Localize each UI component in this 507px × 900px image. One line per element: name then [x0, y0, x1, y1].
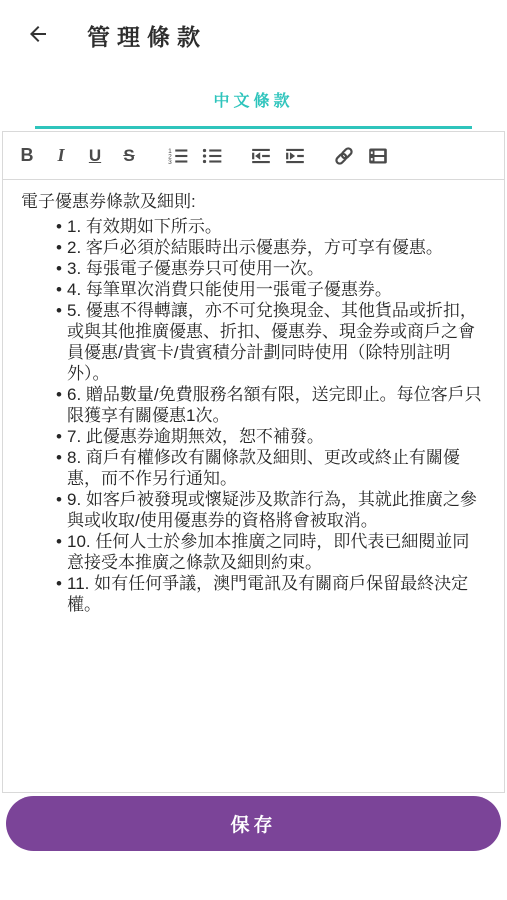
- header: 管理條款: [0, 0, 507, 50]
- bullet-list-button[interactable]: [200, 143, 224, 169]
- toolbar-list-group: 1 2 3: [166, 143, 224, 169]
- italic-button[interactable]: I: [49, 143, 73, 169]
- save-button[interactable]: 保存: [6, 796, 501, 851]
- indent-icon: [284, 145, 306, 167]
- terms-item-9: 9. 如客戶被發現或懷疑涉及欺詐行為，其就此推廣之參與或收取/使用優惠券的資格將…: [21, 489, 486, 531]
- terms-item-4: 4. 每筆單次消費只能使用一張電子優惠券。: [21, 279, 486, 300]
- ordered-list-button[interactable]: 1 2 3: [166, 143, 190, 169]
- svg-text:3: 3: [168, 158, 172, 165]
- toolbar-indent-group: [249, 143, 307, 169]
- terms-item-6: 6. 贈品數量/免費服務名額有限，送完即止。每位客戶只限獲享有關優惠1次。: [21, 384, 486, 426]
- back-button[interactable]: [25, 22, 51, 48]
- insert-link-button[interactable]: [332, 143, 356, 169]
- toolbar-format-group: B I U S: [15, 143, 141, 169]
- terms-item-5: 5. 優惠不得轉讓，亦不可兌換現金、其他貨品或折扣，或與其他推廣優惠、折扣、優惠…: [21, 300, 486, 384]
- bold-button[interactable]: B: [15, 143, 39, 169]
- terms-heading: 電子優惠券條款及細則:: [21, 191, 486, 212]
- tab-active-indicator: [35, 126, 472, 129]
- strikethrough-button[interactable]: S: [117, 143, 141, 169]
- arrow-left-icon: [26, 22, 50, 49]
- link-icon: [333, 145, 355, 167]
- toolbar-media-group: [332, 143, 390, 169]
- terms-item-2: 2. 客戶必須於結賬時出示優惠券，方可享有優惠。: [21, 237, 486, 258]
- terms-item-11: 11. 如有任何爭議，澳門電訊及有關商戶保留最終決定權。: [21, 573, 486, 615]
- page-title: 管理條款: [87, 19, 207, 52]
- outdent-button[interactable]: [249, 143, 273, 169]
- terms-item-3: 3. 每張電子優惠券只可使用一次。: [21, 258, 486, 279]
- ordered-list-icon: 1 2 3: [167, 145, 189, 167]
- indent-button[interactable]: [283, 143, 307, 169]
- bullet-list-icon: [201, 145, 223, 167]
- terms-item-7: 7. 此優惠券逾期無效，恕不補發。: [21, 426, 486, 447]
- editor-content[interactable]: 電子優惠券條款及細則: 1. 有效期如下所示。 2. 客戶必須於結賬時出示優惠券…: [3, 180, 504, 792]
- terms-item-8: 8. 商戶有權修改有關條款及細則、更改或終止有關優惠，而不作另行通知。: [21, 447, 486, 489]
- tab-chinese-terms[interactable]: 中文條款: [213, 88, 293, 111]
- outdent-icon: [250, 145, 272, 167]
- manage-terms-screen: 管理條款 中文條款 B I U S: [0, 0, 507, 900]
- tab-bar: 中文條款: [0, 88, 507, 129]
- terms-item-1: 1. 有效期如下所示。: [21, 216, 486, 237]
- terms-list: 1. 有效期如下所示。 2. 客戶必須於結賬時出示優惠券，方可享有優惠。 3. …: [21, 216, 486, 615]
- video-icon: [367, 145, 389, 167]
- underline-button[interactable]: U: [83, 143, 107, 169]
- insert-video-button[interactable]: [366, 143, 390, 169]
- terms-item-10: 10. 任何人士於參加本推廣之同時，即代表已細閱並同意接受本推廣之條款及細則約束…: [21, 531, 486, 573]
- terms-editor-container: B I U S 1: [2, 131, 505, 793]
- editor-toolbar: B I U S 1: [3, 132, 504, 180]
